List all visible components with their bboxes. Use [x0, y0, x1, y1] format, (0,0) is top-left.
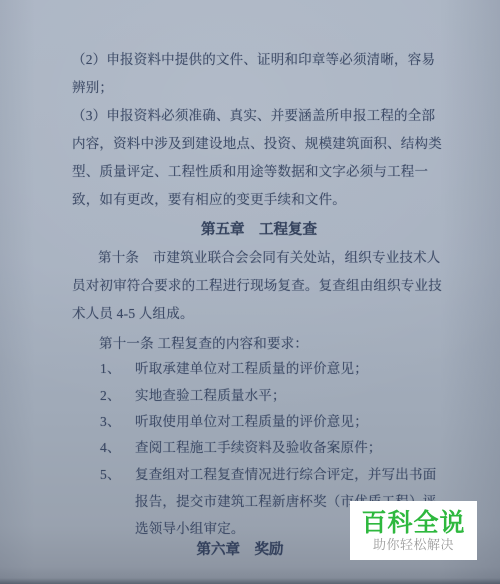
- review-item-2: 2、 实地查验工程质量水平；: [72, 383, 444, 409]
- paragraph-item-2: （2）申报资料中提供的文件、证明和印章等必须清晰，容易辨别；: [72, 46, 444, 102]
- article-11-heading: 第十一条 工程复查的内容和要求：: [72, 330, 471, 358]
- review-item-2-text: 实地查验工程质量水平；: [135, 383, 444, 409]
- article-10-paragraph: 第十条 市建筑业联合会会同有关处站，组织专业技术人员对初审符合要求的工程进行现场…: [72, 244, 444, 328]
- review-item-3-text: 听取使用单位对工程质量的评价意见；: [135, 409, 444, 435]
- review-item-4-number: 4、: [100, 435, 135, 461]
- watermark-brand-text: 百科全说: [361, 509, 465, 537]
- review-item-5-number: 5、: [100, 461, 135, 488]
- review-item-2-number: 2、: [100, 383, 135, 409]
- paragraph-item-3: （3）申报资料必须准确、真实、并要涵盖所申报工程的全部内容，资料中涉及到建设地点…: [72, 102, 444, 214]
- review-item-4: 4、 查阅工程施工手续资料及验收备案原件；: [72, 435, 444, 461]
- review-item-1: 1、 听取承建单位对工程质量的评价意见；: [72, 356, 444, 382]
- chapter-5-heading: 第五章 工程复查: [9, 218, 500, 242]
- watermark-badge: 百科全说 助你轻松解决: [350, 501, 477, 560]
- document-photo: （2）申报资料中提供的文件、证明和印章等必须清晰，容易辨别； （3）申报资料必须…: [0, 0, 500, 584]
- review-item-1-text: 听取承建单位对工程质量的评价意见；: [135, 356, 444, 382]
- review-item-3: 3、 听取使用单位对工程质量的评价意见；: [72, 409, 444, 435]
- review-item-3-number: 3、: [100, 409, 135, 435]
- review-item-4-text: 查阅工程施工手续资料及验收备案原件；: [135, 435, 444, 461]
- watermark-tagline-text: 助你轻松解决: [373, 537, 454, 553]
- review-item-1-number: 1、: [100, 356, 135, 382]
